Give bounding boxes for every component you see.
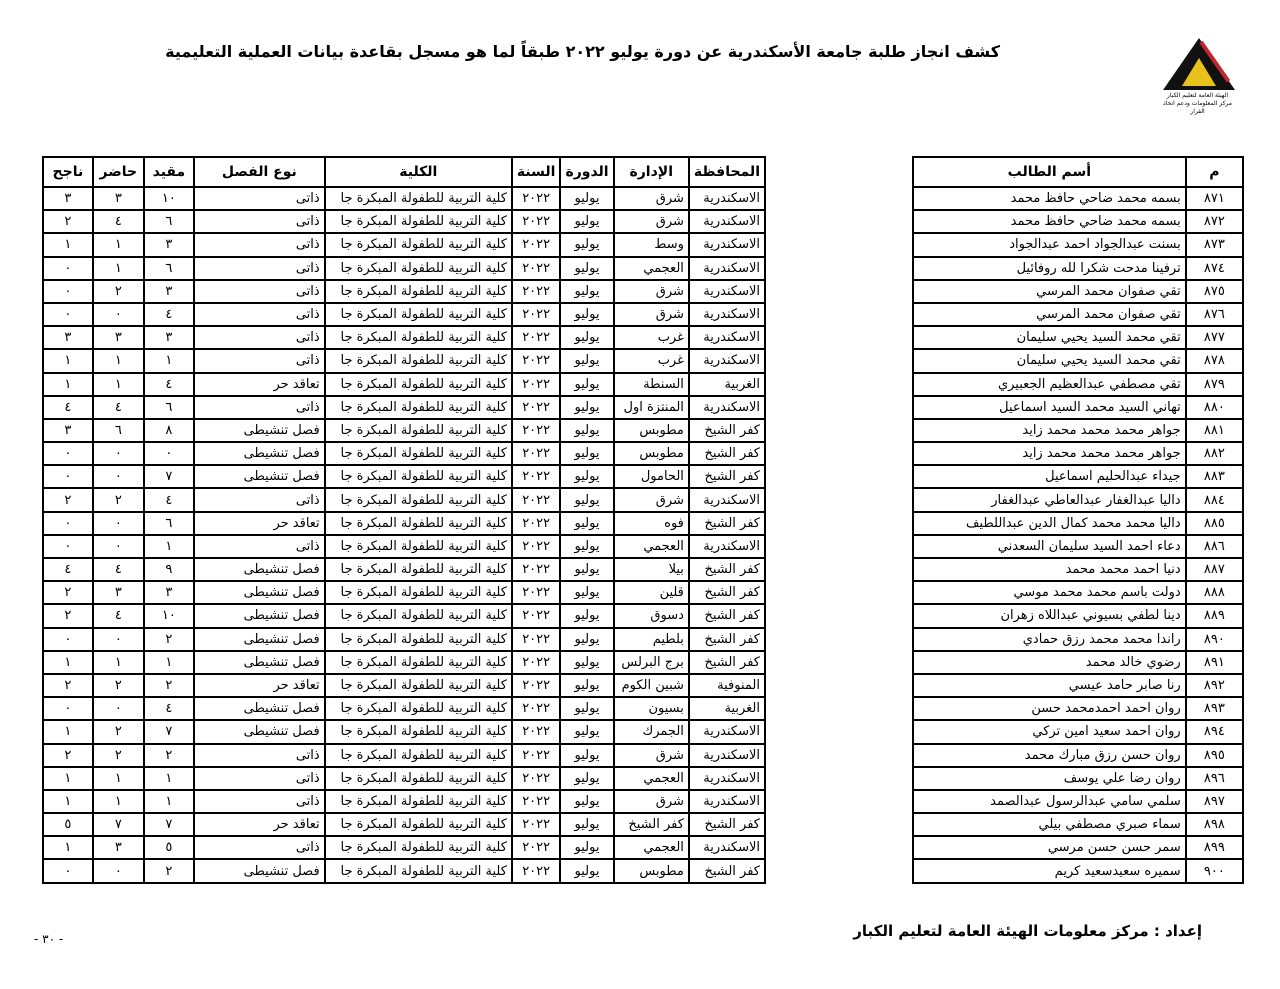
governorate-cell: الاسكندرية xyxy=(689,744,765,767)
row-number: ٨٩٣ xyxy=(1186,697,1243,720)
enrolled-cell: ٦ xyxy=(144,396,194,419)
table-row: ٨٨١جواهر محمد محمد محمد زايد xyxy=(913,419,1243,442)
administration-cell: وسط xyxy=(614,233,689,256)
enrolled-cell: ١ xyxy=(144,535,194,558)
table-row: ٨٩٣روان احمد احمدمحمد حسن xyxy=(913,697,1243,720)
passed-cell: ٢ xyxy=(43,488,93,511)
table-row: الاسكندريةشرقيوليو٢٠٢٢كلية التربية للطفو… xyxy=(43,280,765,303)
table-row: ٨٩٠راندا محمد محمد رزق حمادي xyxy=(913,628,1243,651)
class-type-cell: فصل تنشيطى xyxy=(194,465,325,488)
col-header-present: حاضر xyxy=(93,157,144,187)
present-cell: ٠ xyxy=(93,442,144,465)
present-cell: ٠ xyxy=(93,465,144,488)
administration-cell: مطوبس xyxy=(614,859,689,882)
table-row: ٨٧٩تقي مصطفي عبدالعظيم الجعبيري xyxy=(913,373,1243,396)
logo-emblem-icon xyxy=(1182,58,1216,86)
class-type-cell: فصل تنشيطى xyxy=(194,628,325,651)
table-row: كفر الشيخبرج البرلسيوليو٢٠٢٢كلية التربية… xyxy=(43,651,765,674)
year-cell: ٢٠٢٢ xyxy=(512,720,561,743)
col-header-session: الدورة xyxy=(560,157,613,187)
enrolled-cell: ٤ xyxy=(144,488,194,511)
student-name: تقي صفوان محمد المرسي xyxy=(913,280,1186,303)
passed-cell: ٣ xyxy=(43,326,93,349)
student-name: سماء صبري مصطفي بيلي xyxy=(913,813,1186,836)
present-cell: ١ xyxy=(93,373,144,396)
present-cell: ٠ xyxy=(93,697,144,720)
year-cell: ٢٠٢٢ xyxy=(512,465,561,488)
college-cell: كلية التربية للطفولة المبكرة جا xyxy=(325,187,512,210)
row-number: ٨٩٢ xyxy=(1186,674,1243,697)
enrolled-cell: ١ xyxy=(144,767,194,790)
passed-cell: ١ xyxy=(43,651,93,674)
college-cell: كلية التربية للطفولة المبكرة جا xyxy=(325,512,512,535)
class-type-cell: ذاتى xyxy=(194,767,325,790)
administration-cell: كفر الشيخ xyxy=(614,813,689,836)
table-row: كفر الشيخدسوقيوليو٢٠٢٢كلية التربية للطفو… xyxy=(43,604,765,627)
governorate-cell: الاسكندرية xyxy=(689,396,765,419)
table-row: الاسكندريةالمنتزة اوليوليو٢٠٢٢كلية الترب… xyxy=(43,396,765,419)
student-name: رنا صابر حامد عيسي xyxy=(913,674,1186,697)
students-name-table: م أسم الطالب ٨٧١بسمه محمد ضاحي حافظ محمد… xyxy=(912,156,1244,884)
administration-cell: شرق xyxy=(614,187,689,210)
student-name: جواهر محمد محمد محمد زايد xyxy=(913,442,1186,465)
administration-cell: مطوبس xyxy=(614,442,689,465)
passed-cell: ١ xyxy=(43,373,93,396)
year-cell: ٢٠٢٢ xyxy=(512,326,561,349)
college-cell: كلية التربية للطفولة المبكرة جا xyxy=(325,257,512,280)
year-cell: ٢٠٢٢ xyxy=(512,836,561,859)
passed-cell: ٠ xyxy=(43,535,93,558)
row-number: ٨٩٧ xyxy=(1186,790,1243,813)
governorate-cell: الاسكندرية xyxy=(689,233,765,256)
student-name: تهاني السيد محمد السيد اسماعيل xyxy=(913,396,1186,419)
college-cell: كلية التربية للطفولة المبكرة جا xyxy=(325,720,512,743)
table-row: الاسكندريةغربيوليو٢٠٢٢كلية التربية للطفو… xyxy=(43,326,765,349)
administration-cell: بسيون xyxy=(614,697,689,720)
administration-cell: شرق xyxy=(614,744,689,767)
present-cell: ٧ xyxy=(93,813,144,836)
passed-cell: ٠ xyxy=(43,512,93,535)
college-cell: كلية التربية للطفولة المبكرة جا xyxy=(325,813,512,836)
governorate-cell: كفر الشيخ xyxy=(689,604,765,627)
present-cell: ٢ xyxy=(93,744,144,767)
enrolled-cell: ٠ xyxy=(144,442,194,465)
prepared-by-label: إعداد : مركز معلومات الهيئة العامة لتعلي… xyxy=(870,922,1202,940)
year-cell: ٢٠٢٢ xyxy=(512,257,561,280)
table-row: ٨٨٦دعاء احمد السيد سليمان السعدني xyxy=(913,535,1243,558)
student-name: دنيا احمد محمد محمد xyxy=(913,558,1186,581)
session-cell: يوليو xyxy=(560,790,613,813)
enrolled-cell: ٢ xyxy=(144,628,194,651)
col-header-passed: ناجح xyxy=(43,157,93,187)
year-cell: ٢٠٢٢ xyxy=(512,581,561,604)
table-row: كفر الشيخمطوبسيوليو٢٠٢٢كلية التربية للطف… xyxy=(43,859,765,882)
governorate-cell: الاسكندرية xyxy=(689,535,765,558)
row-number: ٨٧٤ xyxy=(1186,257,1243,280)
present-cell: ٠ xyxy=(93,512,144,535)
table-row: كفر الشيخفوهيوليو٢٠٢٢كلية التربية للطفول… xyxy=(43,512,765,535)
year-cell: ٢٠٢٢ xyxy=(512,674,561,697)
governorate-cell: كفر الشيخ xyxy=(689,512,765,535)
enrolled-cell: ٩ xyxy=(144,558,194,581)
enrolled-cell: ٢ xyxy=(144,744,194,767)
logo-caption-line-1: الهيئة العامة لتعليم الكبار xyxy=(1155,92,1240,100)
table-row: الاسكندريةشرقيوليو٢٠٢٢كلية التربية للطفو… xyxy=(43,187,765,210)
passed-cell: ١ xyxy=(43,767,93,790)
present-cell: ٦ xyxy=(93,419,144,442)
row-number: ٨٨٤ xyxy=(1186,488,1243,511)
year-cell: ٢٠٢٢ xyxy=(512,558,561,581)
passed-cell: ١ xyxy=(43,349,93,372)
table-row: كفر الشيخالحاموليوليو٢٠٢٢كلية التربية لل… xyxy=(43,465,765,488)
session-cell: يوليو xyxy=(560,697,613,720)
present-cell: ٠ xyxy=(93,859,144,882)
class-type-cell: ذاتى xyxy=(194,396,325,419)
administration-cell: شرق xyxy=(614,210,689,233)
session-cell: يوليو xyxy=(560,744,613,767)
administration-cell: شرق xyxy=(614,280,689,303)
row-number: ٨٩٤ xyxy=(1186,720,1243,743)
col-header-administration: الإدارة xyxy=(614,157,689,187)
passed-cell: ٠ xyxy=(43,280,93,303)
session-cell: يوليو xyxy=(560,813,613,836)
present-cell: ٢ xyxy=(93,280,144,303)
class-type-cell: ذاتى xyxy=(194,744,325,767)
college-cell: كلية التربية للطفولة المبكرة جا xyxy=(325,442,512,465)
college-cell: كلية التربية للطفولة المبكرة جا xyxy=(325,303,512,326)
college-cell: كلية التربية للطفولة المبكرة جا xyxy=(325,419,512,442)
year-cell: ٢٠٢٢ xyxy=(512,349,561,372)
present-cell: ١ xyxy=(93,233,144,256)
row-number: ٨٨٦ xyxy=(1186,535,1243,558)
table-row: ٨٧٧تقي محمد السيد يحيي سليمان xyxy=(913,326,1243,349)
administration-cell: دسوق xyxy=(614,604,689,627)
class-type-cell: فصل تنشيطى xyxy=(194,419,325,442)
year-cell: ٢٠٢٢ xyxy=(512,419,561,442)
college-cell: كلية التربية للطفولة المبكرة جا xyxy=(325,836,512,859)
passed-cell: ٠ xyxy=(43,442,93,465)
table-row: ٨٩٤روان احمد سعيد امين تركي xyxy=(913,720,1243,743)
administration-cell: المنتزة اول xyxy=(614,396,689,419)
class-type-cell: ذاتى xyxy=(194,488,325,511)
college-cell: كلية التربية للطفولة المبكرة جا xyxy=(325,326,512,349)
class-type-cell: ذاتى xyxy=(194,326,325,349)
student-name: ترفينا مدحت شكرا لله روفائيل xyxy=(913,257,1186,280)
administration-cell: العجمي xyxy=(614,257,689,280)
student-name: تقي محمد السيد يحيي سليمان xyxy=(913,326,1186,349)
governorate-cell: الاسكندرية xyxy=(689,720,765,743)
passed-cell: ٢ xyxy=(43,210,93,233)
administration-cell: شرق xyxy=(614,303,689,326)
administration-cell: العجمي xyxy=(614,535,689,558)
session-cell: يوليو xyxy=(560,280,613,303)
table-row: ٨٨٠تهاني السيد محمد السيد اسماعيل xyxy=(913,396,1243,419)
present-cell: ٣ xyxy=(93,187,144,210)
table-row: كفر الشيخبلطيميوليو٢٠٢٢كلية التربية للطف… xyxy=(43,628,765,651)
student-name: رضوي خالد محمد xyxy=(913,651,1186,674)
passed-cell: ١ xyxy=(43,836,93,859)
governorate-cell: كفر الشيخ xyxy=(689,813,765,836)
enrolled-cell: ٢ xyxy=(144,859,194,882)
student-name: جواهر محمد محمد محمد زايد xyxy=(913,419,1186,442)
governorate-cell: المنوفية xyxy=(689,674,765,697)
passed-cell: ٢ xyxy=(43,604,93,627)
administration-cell: العجمي xyxy=(614,767,689,790)
enrolled-cell: ٣ xyxy=(144,581,194,604)
table-header-row: م أسم الطالب xyxy=(913,157,1243,187)
administration-cell: قلين xyxy=(614,581,689,604)
class-type-cell: ذاتى xyxy=(194,257,325,280)
enrolled-cell: ٣ xyxy=(144,280,194,303)
enrolled-cell: ٦ xyxy=(144,210,194,233)
table-row: كفر الشيخقلينيوليو٢٠٢٢كلية التربية للطفو… xyxy=(43,581,765,604)
session-cell: يوليو xyxy=(560,836,613,859)
table-row: الاسكندريةشرقيوليو٢٠٢٢كلية التربية للطفو… xyxy=(43,790,765,813)
college-cell: كلية التربية للطفولة المبكرة جا xyxy=(325,628,512,651)
row-number: ٨٧٥ xyxy=(1186,280,1243,303)
college-cell: كلية التربية للطفولة المبكرة جا xyxy=(325,349,512,372)
row-number: ٨٩٠ xyxy=(1186,628,1243,651)
class-type-cell: تعاقد حر xyxy=(194,674,325,697)
row-number: ٨٧٦ xyxy=(1186,303,1243,326)
present-cell: ٤ xyxy=(93,558,144,581)
governorate-cell: كفر الشيخ xyxy=(689,558,765,581)
table-row: ٨٨٥داليا محمد محمد كمال الدين عبداللطيف xyxy=(913,512,1243,535)
present-cell: ٠ xyxy=(93,303,144,326)
session-cell: يوليو xyxy=(560,465,613,488)
year-cell: ٢٠٢٢ xyxy=(512,651,561,674)
present-cell: ١ xyxy=(93,651,144,674)
present-cell: ١ xyxy=(93,767,144,790)
table-row: ٨٧٣بسنت عبدالجواد احمد عبدالجواد xyxy=(913,233,1243,256)
present-cell: ٠ xyxy=(93,628,144,651)
passed-cell: ٠ xyxy=(43,303,93,326)
passed-cell: ٢ xyxy=(43,581,93,604)
student-name: راندا محمد محمد رزق حمادي xyxy=(913,628,1186,651)
student-name: بسمه محمد ضاحي حافظ محمد xyxy=(913,187,1186,210)
row-number: ٨٨٨ xyxy=(1186,581,1243,604)
row-number: ٨٧٧ xyxy=(1186,326,1243,349)
year-cell: ٢٠٢٢ xyxy=(512,233,561,256)
table-row: ٨٨٢جواهر محمد محمد محمد زايد xyxy=(913,442,1243,465)
passed-cell: ٤ xyxy=(43,396,93,419)
session-cell: يوليو xyxy=(560,651,613,674)
governorate-cell: كفر الشيخ xyxy=(689,651,765,674)
row-number: ٨٧٣ xyxy=(1186,233,1243,256)
organization-logo: الهيئة العامة لتعليم الكبار مركز المعلوم… xyxy=(1155,38,1240,116)
year-cell: ٢٠٢٢ xyxy=(512,488,561,511)
student-name: دعاء احمد السيد سليمان السعدني xyxy=(913,535,1186,558)
session-cell: يوليو xyxy=(560,767,613,790)
year-cell: ٢٠٢٢ xyxy=(512,187,561,210)
enrolled-cell: ١٠ xyxy=(144,604,194,627)
year-cell: ٢٠٢٢ xyxy=(512,697,561,720)
class-type-cell: فصل تنشيطى xyxy=(194,442,325,465)
class-type-cell: ذاتى xyxy=(194,187,325,210)
session-cell: يوليو xyxy=(560,303,613,326)
present-cell: ٣ xyxy=(93,326,144,349)
administration-cell: شبين الكوم xyxy=(614,674,689,697)
table-row: ٨٧٨تقي محمد السيد يحيي سليمان xyxy=(913,349,1243,372)
class-type-cell: فصل تنشيطى xyxy=(194,651,325,674)
student-name: سميره سعيدسعيد كريم xyxy=(913,859,1186,882)
governorate-cell: الاسكندرية xyxy=(689,790,765,813)
college-cell: كلية التربية للطفولة المبكرة جا xyxy=(325,465,512,488)
enrolled-cell: ٣ xyxy=(144,233,194,256)
row-number: ٨٧١ xyxy=(1186,187,1243,210)
administration-cell: العجمي xyxy=(614,836,689,859)
passed-cell: ٣ xyxy=(43,187,93,210)
page-title: كشف انجاز طلبة جامعة الأسكندرية عن دورة … xyxy=(288,42,1000,61)
student-name: داليا عبدالغفار عبدالعاطي عبدالغفار xyxy=(913,488,1186,511)
governorate-cell: الاسكندرية xyxy=(689,280,765,303)
session-cell: يوليو xyxy=(560,604,613,627)
enrolled-cell: ٦ xyxy=(144,257,194,280)
table-row: الاسكندريةشرقيوليو٢٠٢٢كلية التربية للطفو… xyxy=(43,488,765,511)
enrolled-cell: ٤ xyxy=(144,303,194,326)
present-cell: ٣ xyxy=(93,836,144,859)
passed-cell: ٠ xyxy=(43,628,93,651)
college-cell: كلية التربية للطفولة المبكرة جا xyxy=(325,697,512,720)
table-row: الغربيةالسنطةيوليو٢٠٢٢كلية التربية للطفو… xyxy=(43,373,765,396)
table-row: ٨٨٩دينا لطفي بسيوني عبداللاه زهران xyxy=(913,604,1243,627)
present-cell: ٢ xyxy=(93,674,144,697)
enrolled-cell: ٧ xyxy=(144,813,194,836)
governorate-cell: الاسكندرية xyxy=(689,303,765,326)
enrolled-cell: ٧ xyxy=(144,465,194,488)
enrolled-cell: ٥ xyxy=(144,836,194,859)
governorate-cell: الاسكندرية xyxy=(689,257,765,280)
present-cell: ٤ xyxy=(93,396,144,419)
student-name: داليا محمد محمد كمال الدين عبداللطيف xyxy=(913,512,1186,535)
table-row: ٩٠٠سميره سعيدسعيد كريم xyxy=(913,859,1243,882)
college-cell: كلية التربية للطفولة المبكرة جا xyxy=(325,488,512,511)
college-cell: كلية التربية للطفولة المبكرة جا xyxy=(325,233,512,256)
year-cell: ٢٠٢٢ xyxy=(512,303,561,326)
table-row: ٨٩٩سمر حسن حسن مرسي xyxy=(913,836,1243,859)
enrolled-cell: ١ xyxy=(144,651,194,674)
college-cell: كلية التربية للطفولة المبكرة جا xyxy=(325,767,512,790)
present-cell: ١ xyxy=(93,257,144,280)
row-number: ٨٧٢ xyxy=(1186,210,1243,233)
table-row: ٨٨٧دنيا احمد محمد محمد xyxy=(913,558,1243,581)
governorate-cell: الغربية xyxy=(689,373,765,396)
passed-cell: ٠ xyxy=(43,257,93,280)
row-number: ٨٩١ xyxy=(1186,651,1243,674)
year-cell: ٢٠٢٢ xyxy=(512,373,561,396)
col-header-name: أسم الطالب xyxy=(913,157,1186,187)
col-header-num: م xyxy=(1186,157,1243,187)
table-row: ٨٩٨سماء صبري مصطفي بيلي xyxy=(913,813,1243,836)
table-row: ٨٩١رضوي خالد محمد xyxy=(913,651,1243,674)
student-name: بسنت عبدالجواد احمد عبدالجواد xyxy=(913,233,1186,256)
college-cell: كلية التربية للطفولة المبكرة جا xyxy=(325,790,512,813)
governorate-cell: الاسكندرية xyxy=(689,326,765,349)
college-cell: كلية التربية للطفولة المبكرة جا xyxy=(325,280,512,303)
class-type-cell: ذاتى xyxy=(194,233,325,256)
student-name: دولت باسم محمد محمد موسي xyxy=(913,581,1186,604)
governorate-cell: كفر الشيخ xyxy=(689,628,765,651)
class-type-cell: فصل تنشيطى xyxy=(194,604,325,627)
table-row: الاسكندريةشرقيوليو٢٠٢٢كلية التربية للطفو… xyxy=(43,744,765,767)
class-type-cell: تعاقد حر xyxy=(194,813,325,836)
administration-cell: برج البرلس xyxy=(614,651,689,674)
table-row: ٨٨٤داليا عبدالغفار عبدالعاطي عبدالغفار xyxy=(913,488,1243,511)
year-cell: ٢٠٢٢ xyxy=(512,280,561,303)
administration-cell: شرق xyxy=(614,488,689,511)
enrolled-cell: ٧ xyxy=(144,720,194,743)
passed-cell: ٠ xyxy=(43,465,93,488)
table-row: الاسكندريةوسطيوليو٢٠٢٢كلية التربية للطفو… xyxy=(43,233,765,256)
table-row: كفر الشيخبيلايوليو٢٠٢٢كلية التربية للطفو… xyxy=(43,558,765,581)
student-name: روان احمد احمدمحمد حسن xyxy=(913,697,1186,720)
session-cell: يوليو xyxy=(560,488,613,511)
row-number: ٨٨٥ xyxy=(1186,512,1243,535)
enrolled-cell: ٤ xyxy=(144,373,194,396)
student-name: روان حسن رزق مبارك محمد xyxy=(913,744,1186,767)
session-cell: يوليو xyxy=(560,535,613,558)
table-row: ٨٧٤ترفينا مدحت شكرا لله روفائيل xyxy=(913,257,1243,280)
present-cell: ٤ xyxy=(93,210,144,233)
session-cell: يوليو xyxy=(560,512,613,535)
session-cell: يوليو xyxy=(560,396,613,419)
enrolled-cell: ٨ xyxy=(144,419,194,442)
enrolled-cell: ١ xyxy=(144,790,194,813)
session-cell: يوليو xyxy=(560,628,613,651)
year-cell: ٢٠٢٢ xyxy=(512,859,561,882)
row-number: ٨٨٧ xyxy=(1186,558,1243,581)
administration-cell: غرب xyxy=(614,349,689,372)
logo-caption-line-2: مركز المعلومات ودعم اتخاذ القرار xyxy=(1155,100,1240,116)
class-type-cell: فصل تنشيطى xyxy=(194,558,325,581)
year-cell: ٢٠٢٢ xyxy=(512,767,561,790)
table-row: كفر الشيخكفر الشيخيوليو٢٠٢٢كلية التربية … xyxy=(43,813,765,836)
student-name: روان احمد سعيد امين تركي xyxy=(913,720,1186,743)
class-type-cell: ذاتى xyxy=(194,210,325,233)
college-cell: كلية التربية للطفولة المبكرة جا xyxy=(325,604,512,627)
session-cell: يوليو xyxy=(560,419,613,442)
enrolled-cell: ١ xyxy=(144,349,194,372)
row-number: ٨٧٨ xyxy=(1186,349,1243,372)
college-cell: كلية التربية للطفولة المبكرة جا xyxy=(325,210,512,233)
passed-cell: ٢ xyxy=(43,744,93,767)
col-header-year: السنة xyxy=(512,157,561,187)
administration-cell: بلطيم xyxy=(614,628,689,651)
student-name: تقي صفوان محمد المرسي xyxy=(913,303,1186,326)
row-number: ٨٨٢ xyxy=(1186,442,1243,465)
table-row: ٨٧٦تقي صفوان محمد المرسي xyxy=(913,303,1243,326)
table-row: الاسكندريةغربيوليو٢٠٢٢كلية التربية للطفو… xyxy=(43,349,765,372)
college-cell: كلية التربية للطفولة المبكرة جا xyxy=(325,744,512,767)
student-name: سمر حسن حسن مرسي xyxy=(913,836,1186,859)
student-name: تقي محمد السيد يحيي سليمان xyxy=(913,349,1186,372)
year-cell: ٢٠٢٢ xyxy=(512,790,561,813)
governorate-cell: الاسكندرية xyxy=(689,187,765,210)
table-row: ٨٨٣جيداء عبدالحليم اسماعيل xyxy=(913,465,1243,488)
page-number: - ٣٠ - xyxy=(34,932,63,946)
year-cell: ٢٠٢٢ xyxy=(512,744,561,767)
year-cell: ٢٠٢٢ xyxy=(512,396,561,419)
table-row: ٨٩٧سلمي سامي عبدالرسول عبدالصمد xyxy=(913,790,1243,813)
year-cell: ٢٠٢٢ xyxy=(512,628,561,651)
session-cell: يوليو xyxy=(560,233,613,256)
present-cell: ١ xyxy=(93,790,144,813)
row-number: ٩٠٠ xyxy=(1186,859,1243,882)
student-name: سلمي سامي عبدالرسول عبدالصمد xyxy=(913,790,1186,813)
row-number: ٨٧٩ xyxy=(1186,373,1243,396)
student-name: جيداء عبدالحليم اسماعيل xyxy=(913,465,1186,488)
passed-cell: ٢ xyxy=(43,674,93,697)
